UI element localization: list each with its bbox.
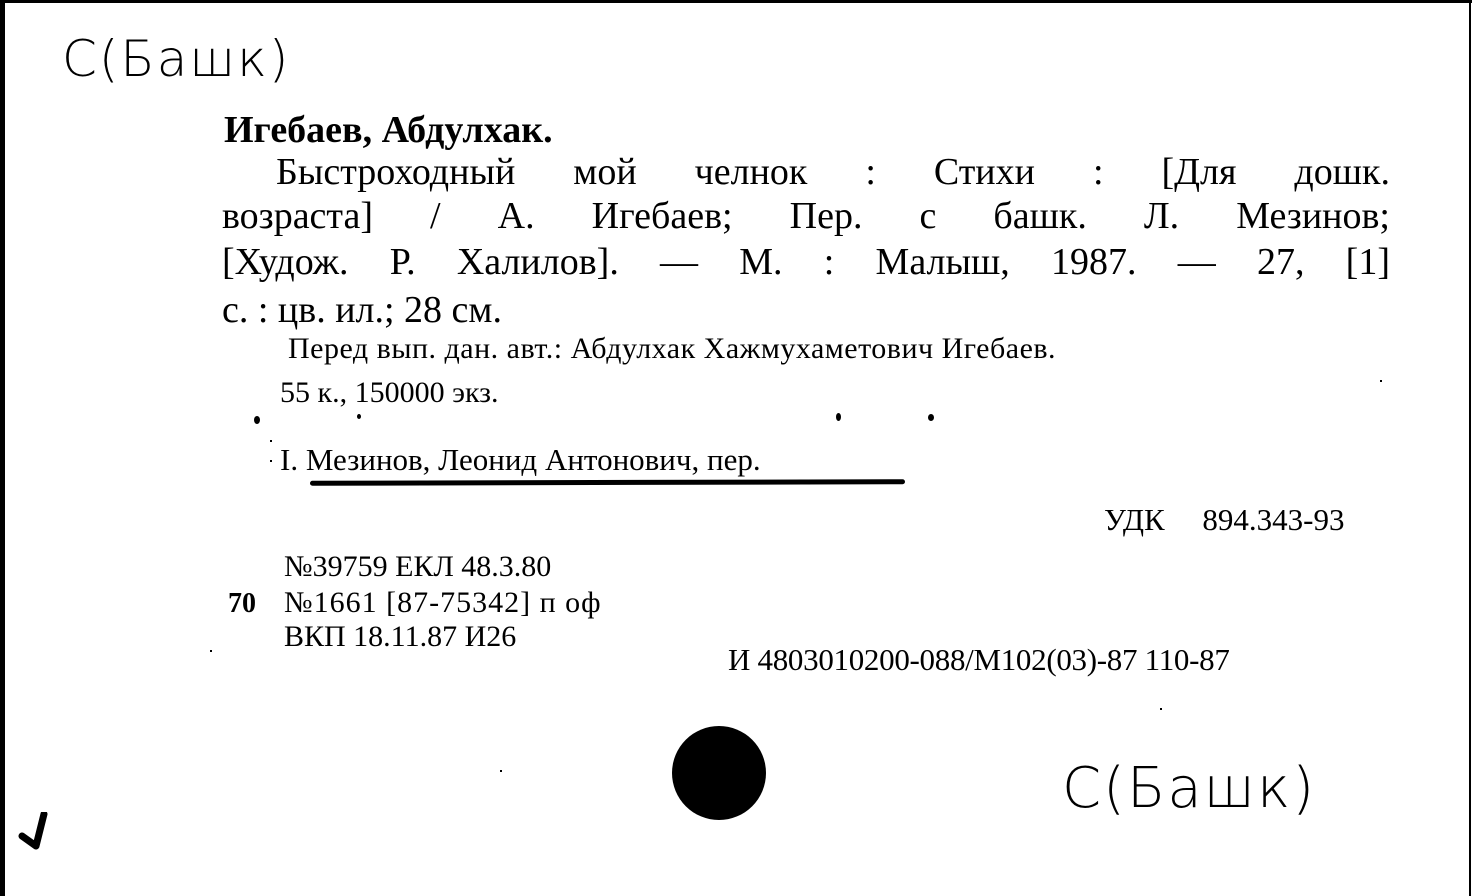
print-info-line: №1661 [87-75342] п оф — [284, 586, 602, 620]
publisher-index-code: И 4803010200-088/М102(03)-87 110-87 — [728, 642, 1230, 678]
added-entry-tracing: I. Мезинов, Леонид Антонович, пер. — [280, 442, 761, 478]
author-heading: Игебаев, Абдулхак. — [224, 108, 553, 152]
udk-classification: УДК 894.343-93 — [1104, 502, 1344, 538]
paper-speck — [1160, 708, 1162, 710]
punch-hole-icon — [672, 726, 766, 820]
udk-label: УДК — [1104, 502, 1165, 537]
handwritten-shelfmark-bottom: С(Башк) — [1062, 756, 1316, 821]
print-info-line: ВКП 18.11.87 И26 — [284, 620, 516, 654]
handwritten-shelfmark-top: С(Башк) — [62, 30, 290, 88]
handwritten-underline — [310, 479, 905, 486]
paper-speck — [1380, 380, 1382, 382]
card-right-edge — [1469, 0, 1471, 896]
description-line: [Худож. Р. Халилов]. — М. : Малыш, 1987.… — [222, 240, 1390, 284]
card-left-edge — [0, 0, 5, 896]
paper-speck — [210, 650, 212, 652]
description-line: с. : цв. ил.; 28 см. — [222, 288, 1390, 332]
print-info-line: №39759 ЕКЛ 48.3.80 — [284, 550, 551, 584]
udk-value: 894.343-93 — [1202, 502, 1344, 537]
price-print-run-note: 55 к., 150000 экз. — [280, 376, 498, 410]
paper-speck — [270, 460, 272, 462]
card-top-edge — [0, 0, 1472, 3]
print-dot — [254, 416, 260, 424]
description-line: возраста] / А. Игебаев; Пер. с башк. Л. … — [222, 194, 1390, 238]
print-dot — [357, 414, 361, 419]
print-info-prefix: 70 — [228, 588, 256, 620]
description-line: Быстроходный мой челнок : Стихи : [Для д… — [276, 150, 1390, 194]
paper-speck — [270, 440, 272, 442]
checkmark-icon — [18, 812, 58, 862]
print-dot — [928, 414, 934, 421]
print-dot — [836, 413, 841, 421]
paper-speck — [500, 770, 502, 772]
author-name-note: Перед вып. дан. авт.: Абдулхак Хажмухаме… — [288, 332, 1056, 366]
